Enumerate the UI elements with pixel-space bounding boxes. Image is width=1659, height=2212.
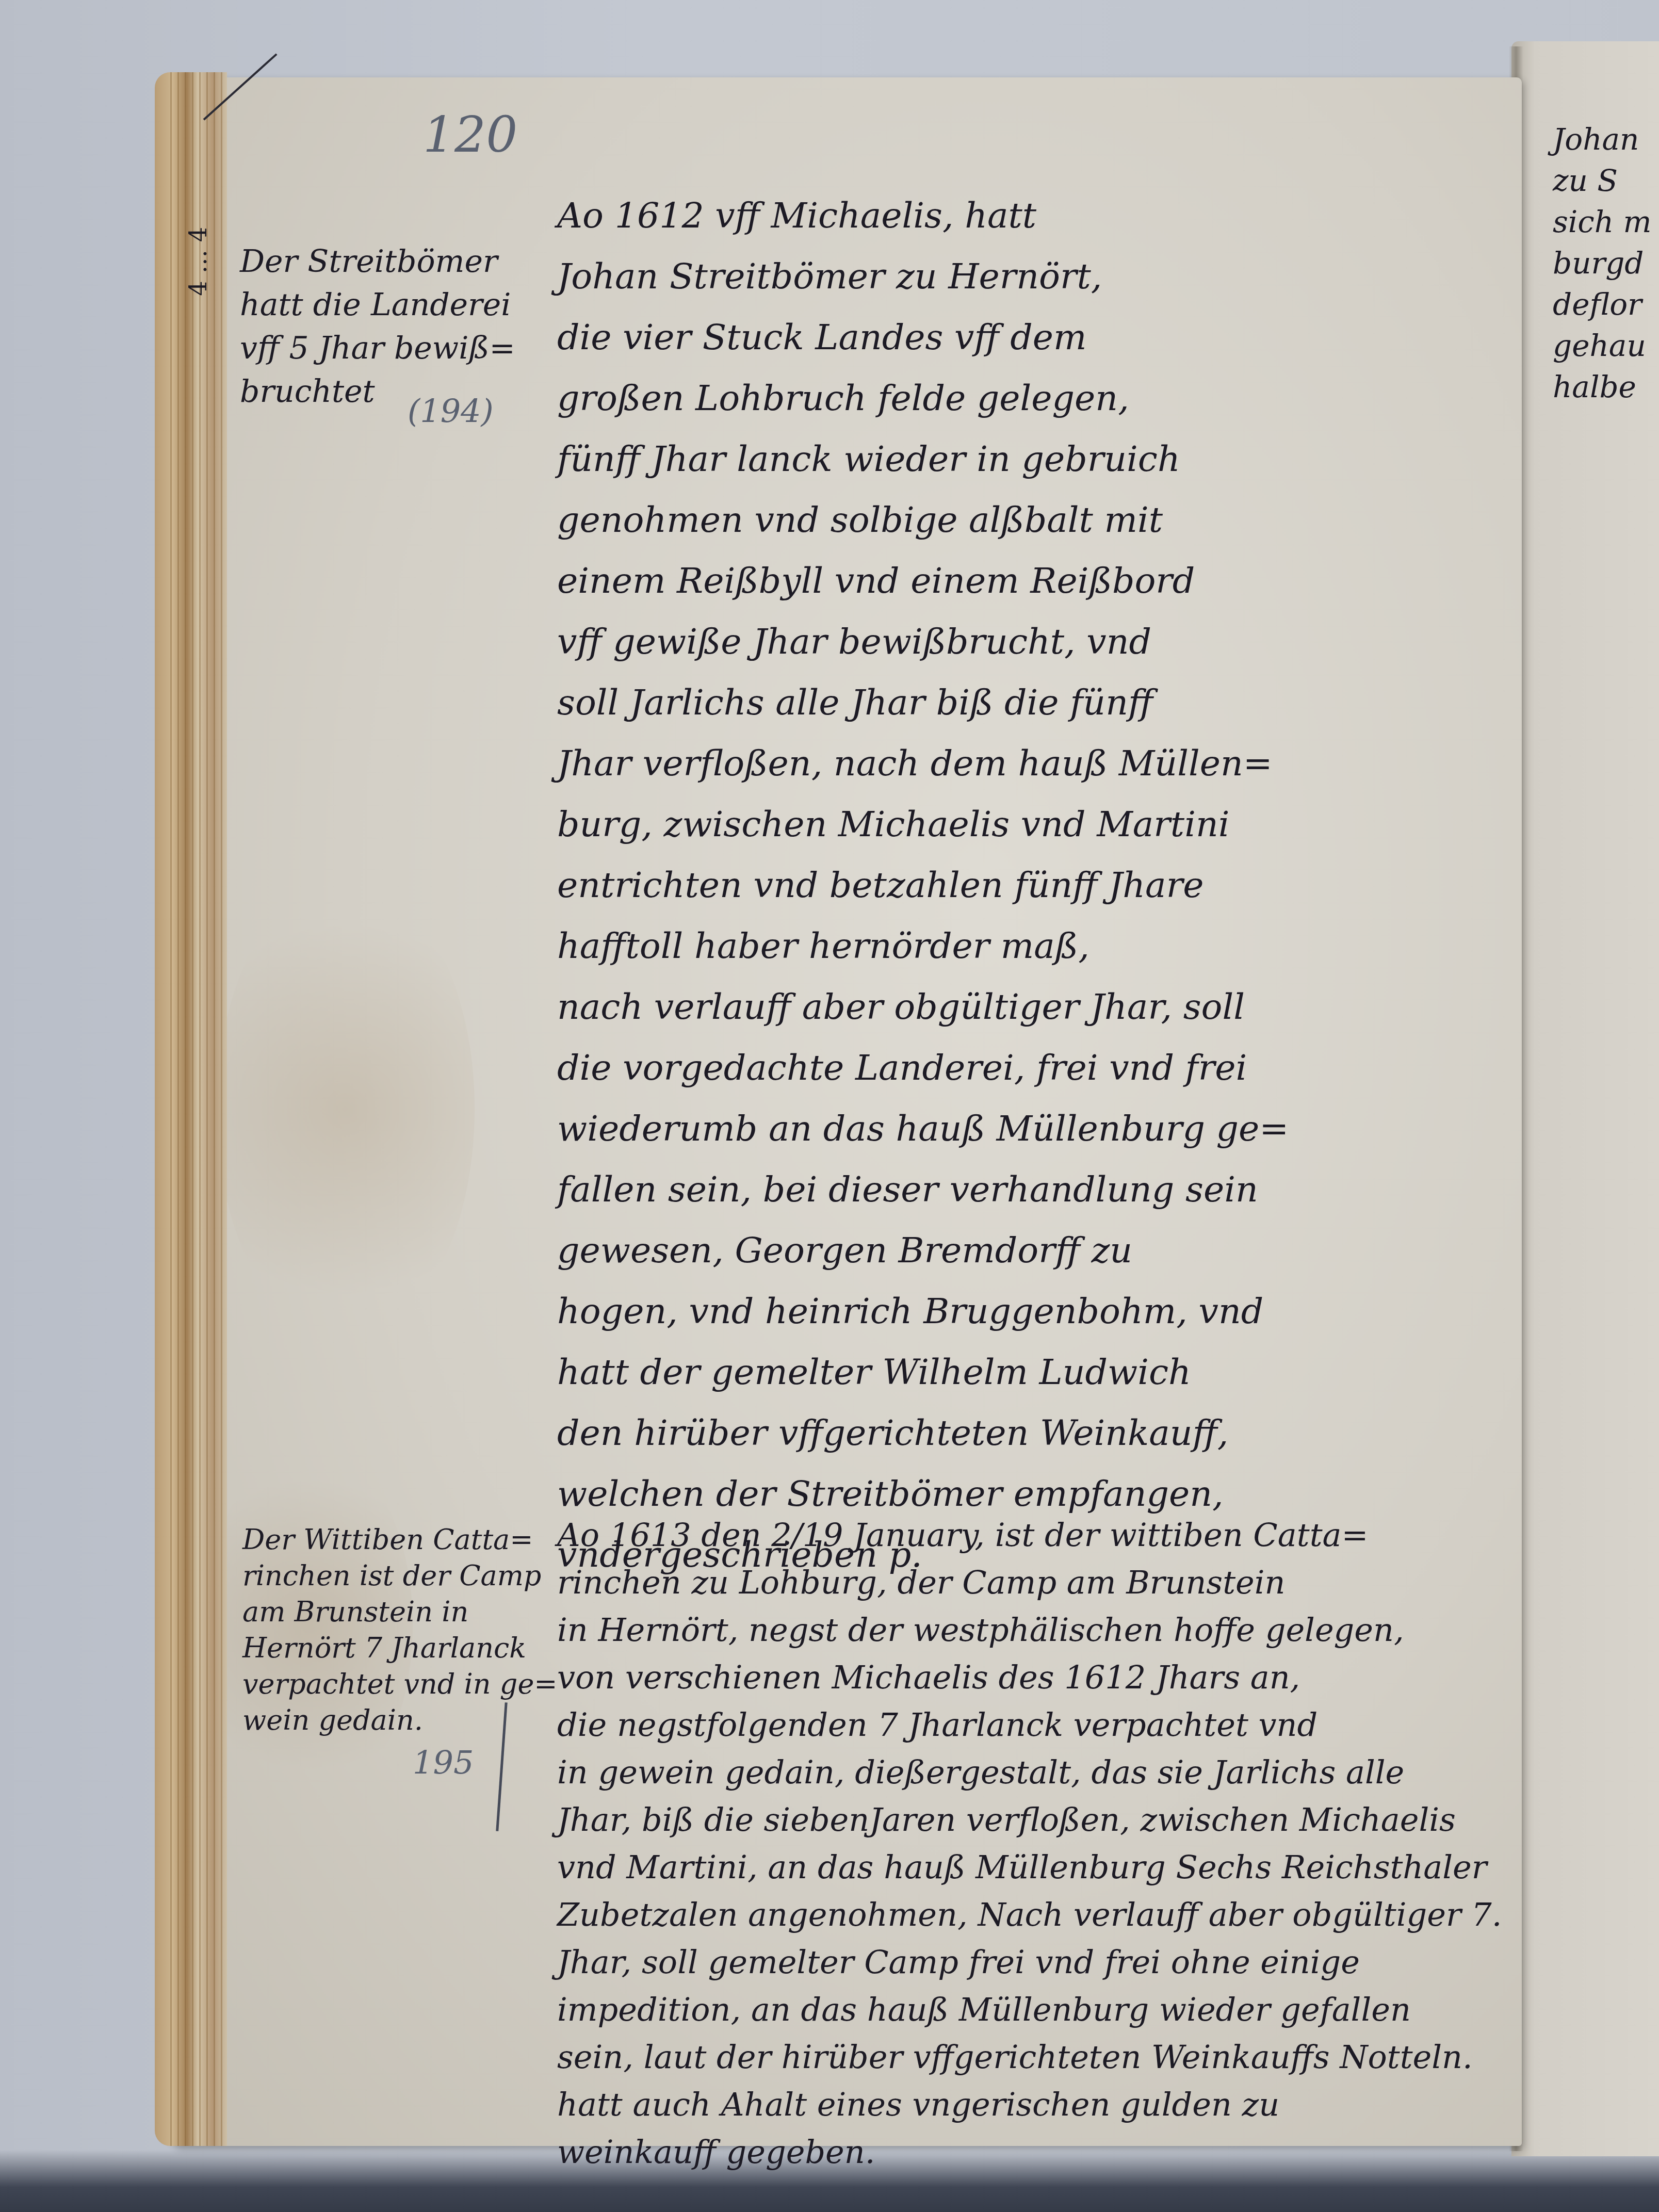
text-line: hatt auch Ahalt eines vngerischen gulden… — [557, 2081, 1501, 2128]
text-line: Jhar verfloßen, nach dem hauß Müllen= — [557, 734, 1501, 794]
text-line: Ao 1612 vff Michaelis, hatt — [557, 186, 1501, 247]
text-line: burg, zwischen Michaelis vnd Martini — [557, 794, 1501, 855]
entry-1613: Ao 1613 den 2/19 January, ist der wittib… — [557, 1511, 1501, 2176]
spine-marks: 4 … 4 — [178, 227, 214, 296]
archive-reference: (194) — [408, 392, 494, 430]
margin-note-line: verpachtet vnd in ge= — [242, 1666, 558, 1702]
text-line: von verschienen Michaelis des 1612 Jhars… — [557, 1654, 1501, 1701]
text-line: impedition, an das hauß Müllenburg wiede… — [557, 1986, 1501, 2034]
text-line: vnd Martini, an das hauß Müllenburg Sech… — [557, 1844, 1501, 1891]
margin-note-line: Der Wittiben Catta= — [242, 1522, 558, 1558]
text-line: hatt der gemelter Wilhelm Ludwich — [557, 1342, 1501, 1403]
text-line: einem Reißbyll vnd einem Reißbord — [557, 551, 1501, 612]
text-line: in Hernört, negst der westphälischen hof… — [557, 1606, 1501, 1654]
margin-note-2: Der Wittiben Catta= rinchen ist der Camp… — [242, 1522, 558, 1738]
margin-note-line: vff 5 Jhar bewiß= — [240, 327, 515, 370]
text-line: Jhar, biß die siebenJaren verfloßen, zwi… — [557, 1796, 1501, 1844]
facing-line: zu S — [1553, 160, 1652, 201]
text-line: vff gewiße Jhar bewißbrucht, vnd — [557, 612, 1501, 673]
facing-page-text: Johan zu S sich m burgd deflor gehau hal… — [1553, 119, 1652, 408]
text-line: fünff Jhar lanck wieder in gebruich — [557, 429, 1501, 490]
text-line: großen Lohbruch felde gelegen, — [557, 368, 1501, 429]
margin-note-line: Der Streitbömer — [240, 240, 515, 283]
facing-line: burgd — [1553, 242, 1652, 284]
margin-note-line: am Brunstein in — [242, 1594, 558, 1630]
text-line: Johan Streitbömer zu Hernört, — [557, 247, 1501, 307]
facing-line: halbe — [1553, 366, 1652, 408]
text-line: genohmen vnd solbige alßbalt mit — [557, 490, 1501, 551]
paper-stain — [217, 877, 475, 1341]
text-line: Ao 1613 den 2/19 January, ist der wittib… — [557, 1511, 1501, 1559]
text-line: sein, laut der hirüber vffgerichteten We… — [557, 2034, 1501, 2081]
text-line: gewesen, Georgen Bremdorff zu — [557, 1221, 1501, 1281]
margin-note-line: hatt die Landerei — [240, 283, 515, 327]
margin-note-line: rinchen ist der Camp — [242, 1558, 558, 1594]
text-line: hafftoll haber hernörder maß, — [557, 916, 1501, 977]
text-line: rinchen zu Lohburg, der Camp am Brunstei… — [557, 1559, 1501, 1606]
text-line: Jhar, soll gemelter Camp frei vnd frei o… — [557, 1939, 1501, 1986]
text-line: Zubetzalen angenohmen, Nach verlauff abe… — [557, 1891, 1501, 1939]
text-line: den hirüber vffgerichteten Weinkauff, — [557, 1403, 1501, 1464]
text-line: in gewein gedain, dießergestalt, das sie… — [557, 1749, 1501, 1796]
facing-line: Johan — [1553, 119, 1652, 160]
text-line: die negstfolgenden 7 Jharlanck verpachte… — [557, 1701, 1501, 1749]
archive-reference: 195 — [413, 1744, 474, 1781]
facing-line: deflor — [1553, 284, 1652, 325]
text-line: fallen sein, bei dieser verhandlung sein — [557, 1160, 1501, 1221]
facing-line: gehau — [1553, 325, 1652, 366]
margin-note-line: wein gedain. — [242, 1702, 558, 1738]
margin-note-line: Hernört 7 Jharlanck — [242, 1630, 558, 1666]
text-line: die vier Stuck Landes vff dem — [557, 307, 1501, 368]
margin-note-1: Der Streitbömer hatt die Landerei vff 5 … — [240, 240, 515, 413]
text-line: soll Jarlichs alle Jhar biß die fünff — [557, 673, 1501, 734]
text-line: nach verlauff aber obgültiger Jhar, soll — [557, 977, 1501, 1038]
entry-1612: Ao 1612 vff Michaelis, hatt Johan Streit… — [557, 186, 1501, 1586]
folio-number: 120 — [423, 106, 517, 164]
text-line: weinkauff gegeben. — [557, 2128, 1501, 2176]
text-line: wiederumb an das hauß Müllenburg ge= — [557, 1099, 1501, 1160]
facing-line: sich m — [1553, 201, 1652, 242]
page-edge-stack-lines — [170, 72, 227, 2146]
text-line: hogen, vnd heinrich Bruggenbohm, vnd — [557, 1281, 1501, 1342]
text-line: entrichten vnd betzahlen fünff Jhare — [557, 855, 1501, 916]
text-line: die vorgedachte Landerei, frei vnd frei — [557, 1038, 1501, 1099]
